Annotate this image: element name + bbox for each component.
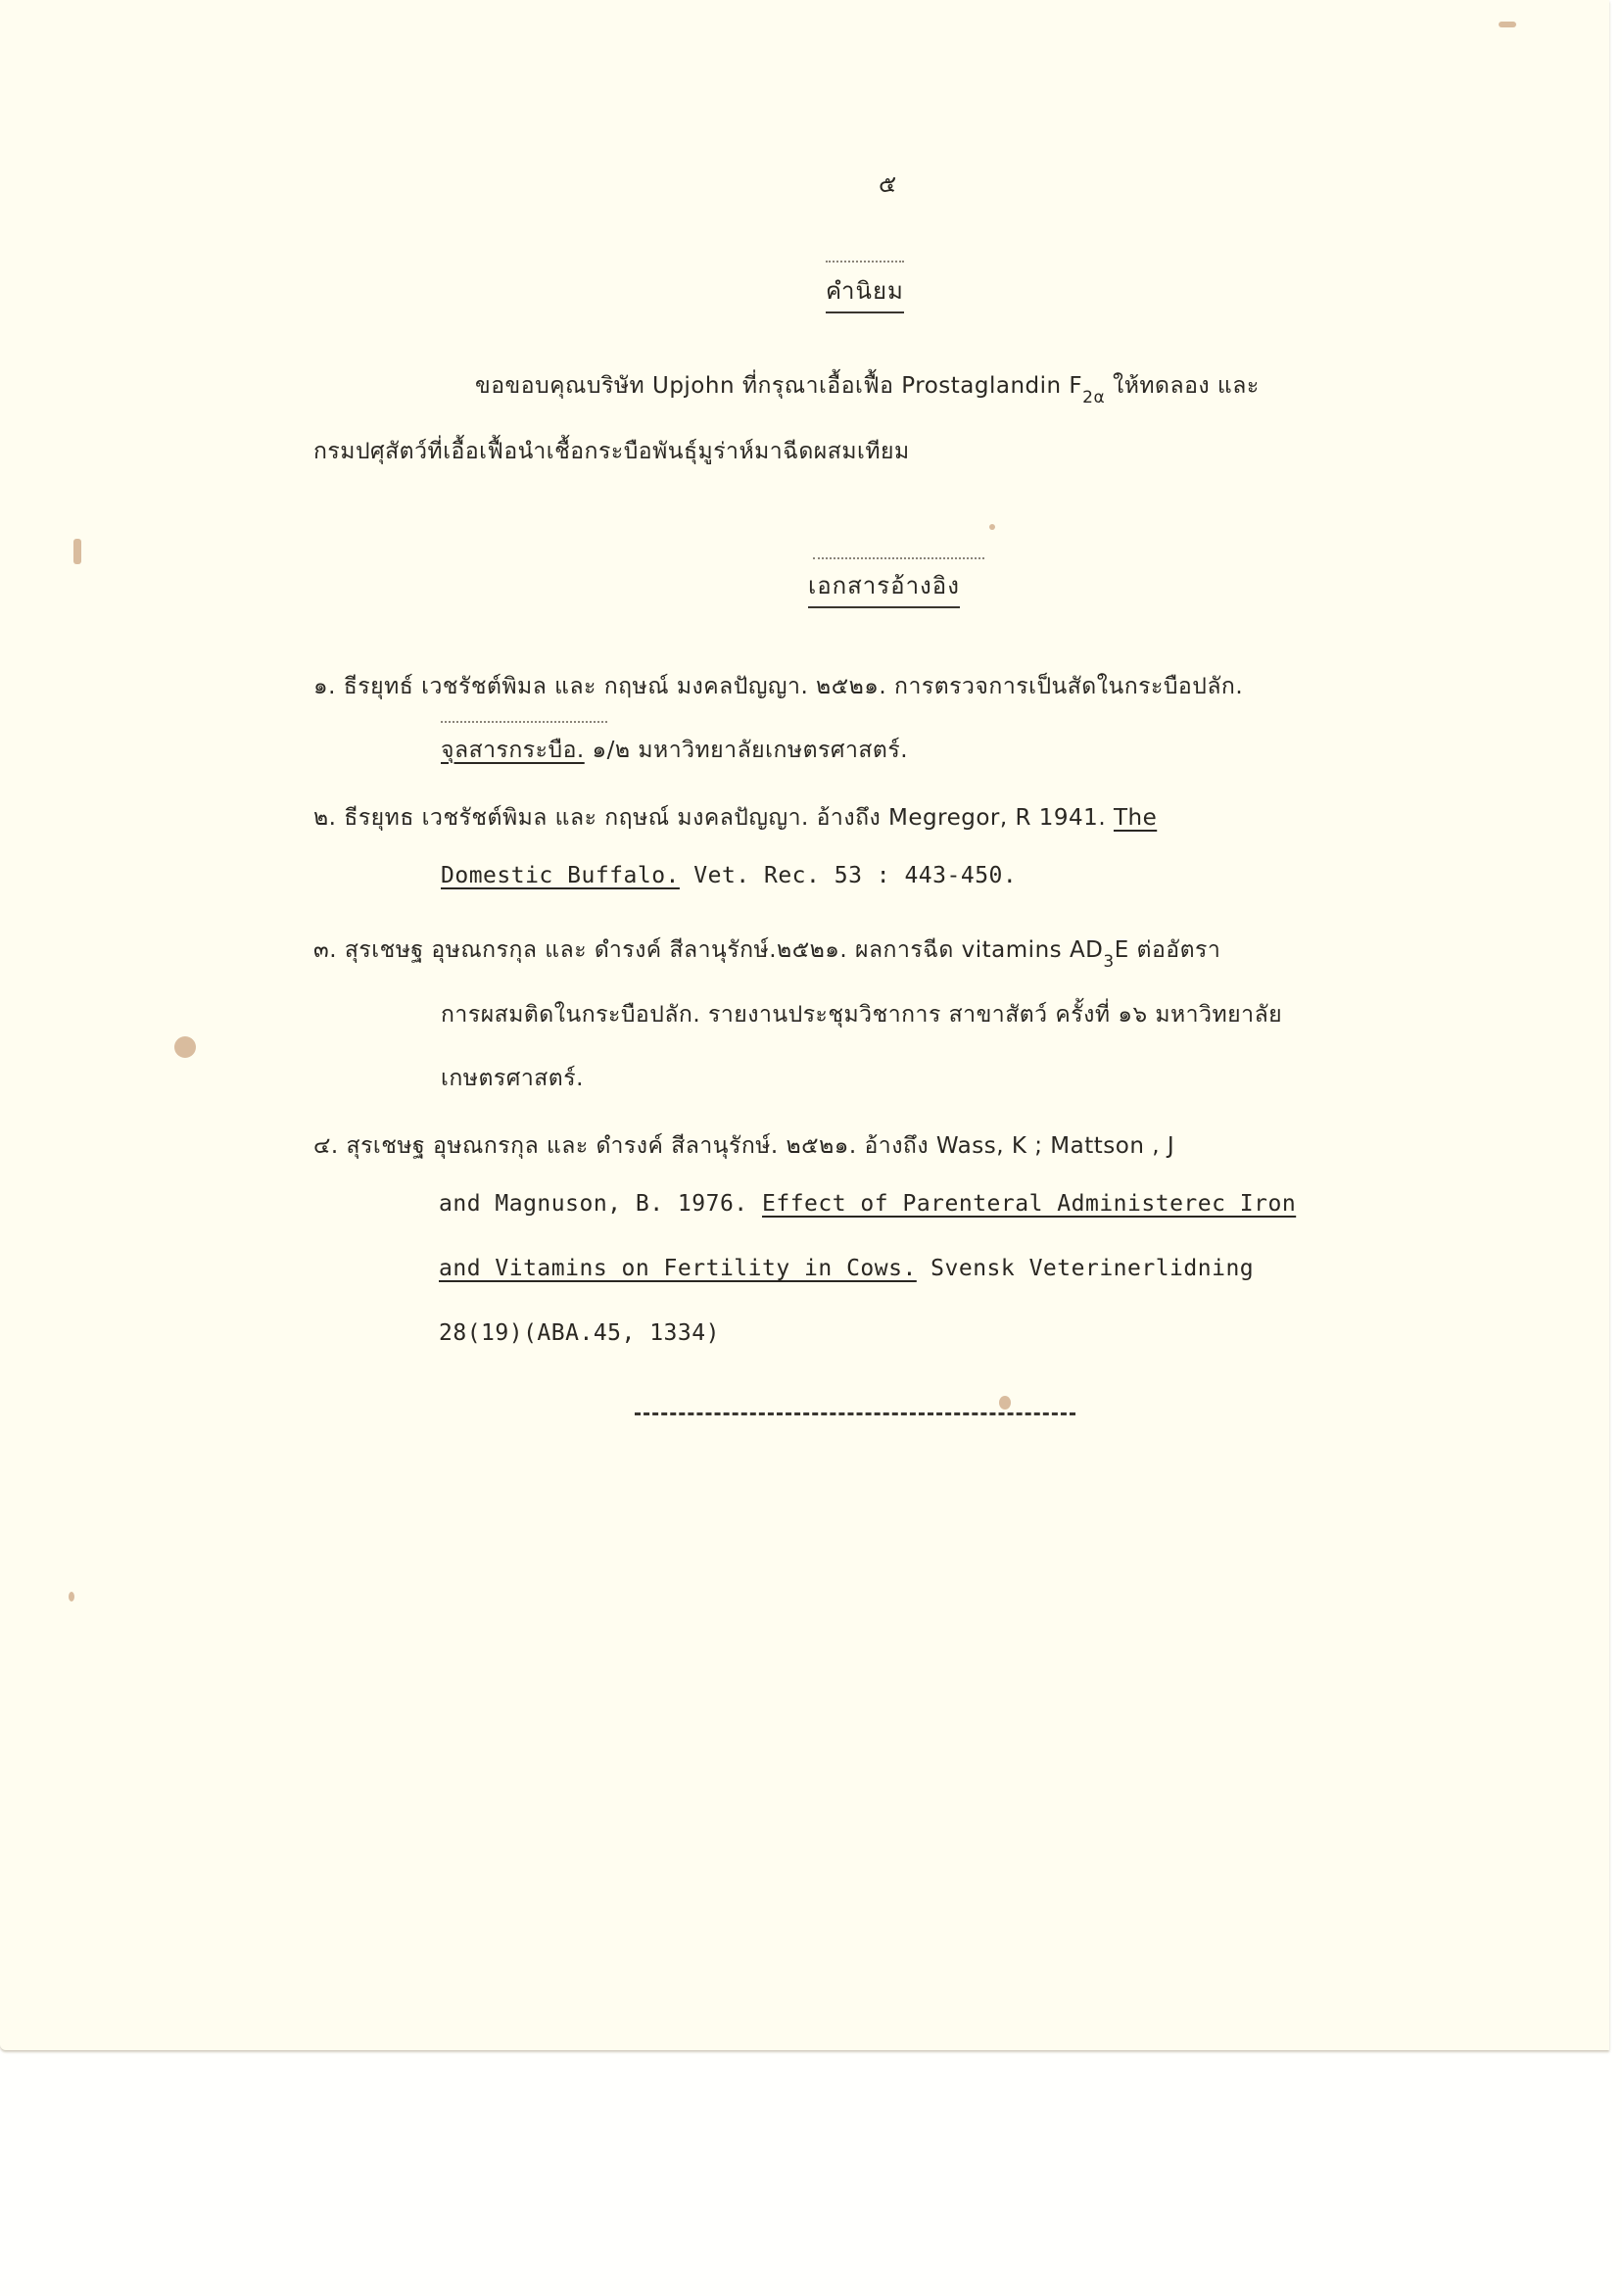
reference-text: and Magnuson, B. 1976. xyxy=(439,1191,762,1217)
reference-4-line-4: 28(19)(ABA.45, 1334) xyxy=(439,1320,720,1346)
book-title: Domestic Buffalo. xyxy=(441,863,680,888)
reference-4-line-3: and Vitamins on Fertility in Cows. Svens… xyxy=(439,1256,1254,1281)
subscript: 2α xyxy=(1082,388,1105,407)
references-heading: เอกสารอ้างอิง xyxy=(808,566,960,608)
reference-1-line-2: จุลสารกระบือ. ๑/๒ มหาวิทยาลัยเกษตรศาสตร์… xyxy=(441,733,908,768)
reference-1-line-1: ๑. ธีรยุทธ์ เวชรัชต์พิมล และ กฤษณ์ มงคลป… xyxy=(313,669,1243,704)
subscript: 3 xyxy=(1103,952,1114,972)
reference-text: E ต่ออัตรา xyxy=(1115,937,1221,963)
heading-dotted-overline xyxy=(813,557,984,559)
reference-text: ๓. สุรเชษฐ อุษณกรกุล และ ดำรงค์ สีลานุรั… xyxy=(313,937,1103,963)
page-number: ๕ xyxy=(879,165,896,203)
reference-2-line-1: ๒. ธีรยุทธ เวชรัชต์พิมล และ กฤษณ์ มงคลปั… xyxy=(313,800,1157,836)
acknowledgement-heading: คำนิยม xyxy=(826,271,904,313)
stain-spot xyxy=(174,1036,196,1058)
reference-text: Svensk Veterinerlidning xyxy=(917,1256,1254,1281)
scanned-paper-page: ๕ คำนิยม ขอขอบคุณบริษัท Upjohn ที่กรุณาเ… xyxy=(0,0,1609,2050)
stain-spot xyxy=(69,1592,74,1602)
reference-text: ๒. ธีรยุทธ เวชรัชต์พิมล และ กฤษณ์ มงคลปั… xyxy=(313,805,1114,831)
reference-4-line-1: ๔. สุรเชษฐ อุษณกรกุล และ ดำรงค์ สีลานุรั… xyxy=(313,1128,1174,1164)
reference-text: Vet. Rec. 53 : 443-450. xyxy=(680,863,1017,888)
reference-text: ๑/๒ มหาวิทยาลัยเกษตรศาสตร์. xyxy=(585,738,908,763)
journal-title: จุลสารกระบือ. xyxy=(441,738,585,763)
stain-spot xyxy=(1499,22,1516,27)
acknowledgement-text: ขอขอบคุณบริษัท Upjohn ที่กรุณาเอื้อเฟื้อ… xyxy=(475,373,1082,399)
heading-dotted-overline xyxy=(826,261,904,263)
end-of-section-rule xyxy=(635,1412,1075,1415)
reference-2-line-2: Domestic Buffalo. Vet. Rec. 53 : 443-450… xyxy=(441,863,1017,888)
acknowledgement-line-2: กรมปศุสัตว์ที่เอื้อเฟื้อนำเชื้อกระบือพัน… xyxy=(313,434,910,469)
stain-spot xyxy=(999,1396,1011,1410)
reference-4-line-2: and Magnuson, B. 1976. Effect of Parente… xyxy=(439,1191,1296,1217)
reference-3-line-1: ๓. สุรเชษฐ อุษณกรกุล และ ดำรงค์ สีลานุรั… xyxy=(313,933,1220,972)
stain-spot xyxy=(73,539,81,564)
article-title: Effect of Parenteral Administerec Iron xyxy=(762,1191,1296,1217)
book-title: The xyxy=(1114,805,1157,831)
article-title: and Vitamins on Fertility in Cows. xyxy=(439,1256,917,1281)
acknowledgement-text: ให้ทดลอง และ xyxy=(1105,373,1260,399)
stain-spot xyxy=(989,524,995,530)
acknowledgement-line-1: ขอขอบคุณบริษัท Upjohn ที่กรุณาเอื้อเฟื้อ… xyxy=(475,368,1260,407)
reference-3-line-3: เกษตรศาสตร์. xyxy=(441,1061,584,1096)
reference-3-line-2: การผสมติดในกระบือปลัก. รายงานประชุมวิชาก… xyxy=(441,997,1282,1032)
dotted-overline xyxy=(441,721,607,723)
